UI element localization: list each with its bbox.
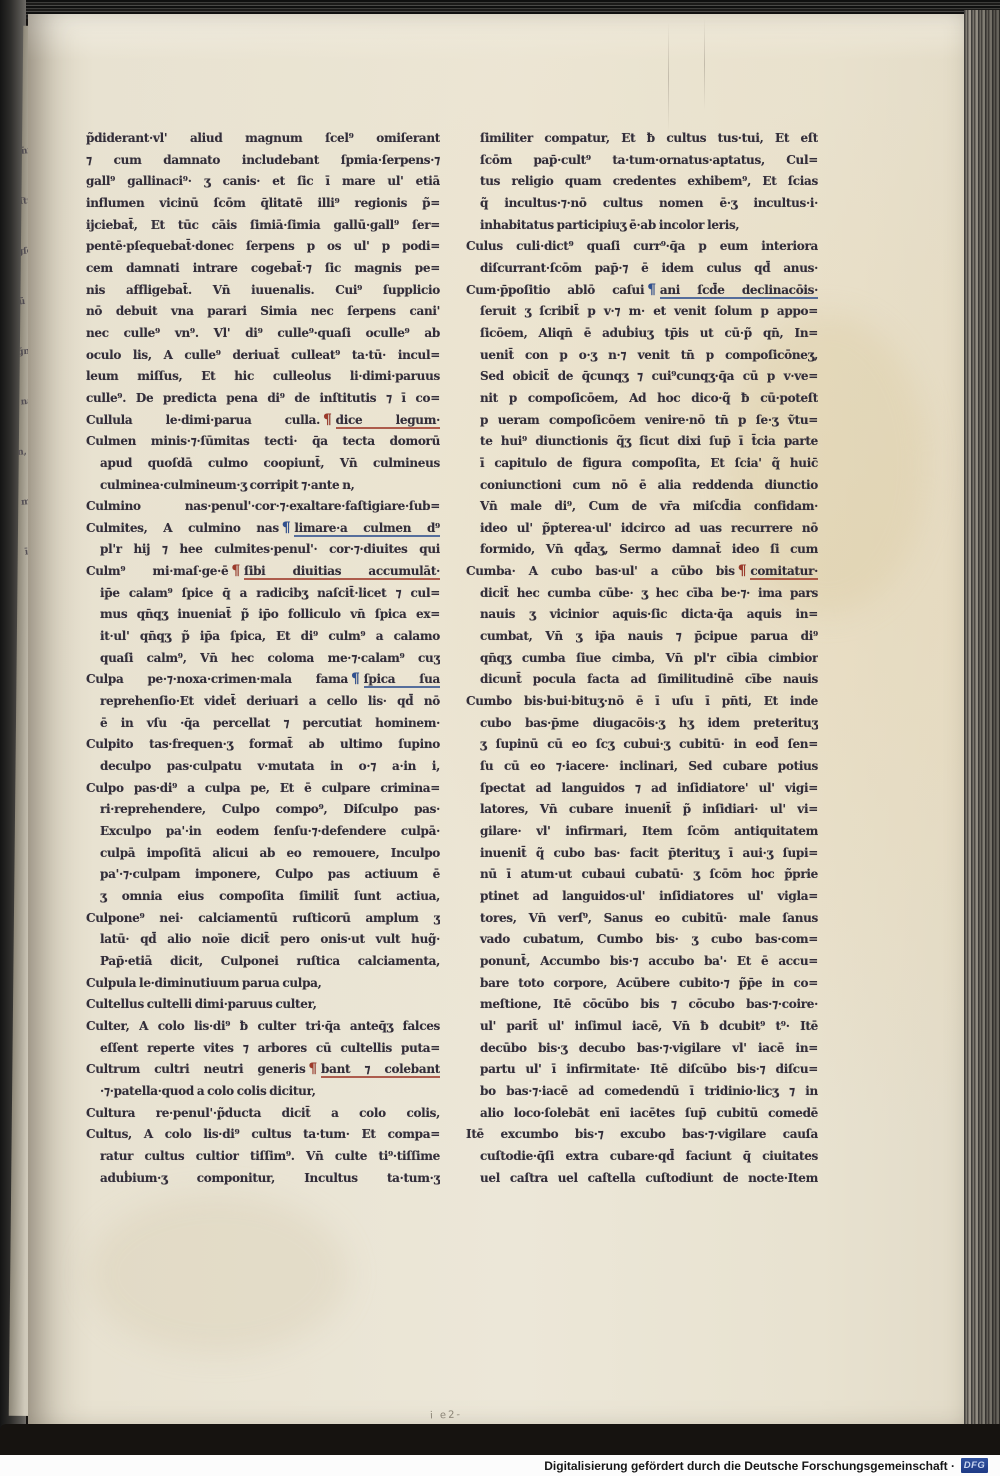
text-line: alio loco·ſolebāt enī iacētes ſup̄ cubit…	[466, 1103, 818, 1125]
text-line: bare toto corpore, Acūbere cubito·⁊ p̃p̄…	[466, 973, 818, 995]
line-text: ʒ omnia eius compoſita ſimilit̄ ſunt act…	[100, 889, 440, 903]
line-text: cem damnati intrare cogebat̄·⁊ ſic magni…	[86, 261, 440, 275]
text-line: influmen vicinū ſcōm q̄litatē illi⁹ regi…	[86, 193, 440, 215]
line-text: Culmino nas·penul'·cor·⁊·exaltare·faſtig…	[86, 499, 440, 513]
line-text: nec culle⁹ vn⁹. Vl' di⁹ culle⁹·quaſi ocu…	[86, 326, 440, 340]
line-text: ſu cū eo ⁊·iacere· inclinari, Sed cubare…	[480, 759, 818, 773]
text-line: ſeruit ʒ ſcribit̄ p v·⁊ m· et venit ſolu…	[466, 301, 818, 323]
line-text: tus religio quam credentes exhibem⁹, Et …	[480, 174, 818, 188]
text-line: latū· qd̄ alio noīe dicit̄ pero onis·ut …	[86, 929, 440, 951]
text-line: ponunt̄, Accumbo bis·⁊ accubo ba'· Et ē …	[466, 951, 818, 973]
text-line: latores, Vn̄ cubare inuenit̄ p̃ inſidiar…	[466, 799, 818, 821]
page-edges-right	[964, 10, 1000, 1426]
line-text: apud quoſdā culmo coopiunt̄, Vn̄ culmine…	[100, 456, 440, 470]
line-text: vado cubatum, Cumbo bis· ʒ cubo bas·com=	[480, 932, 818, 946]
rubric-pilcrow-blue: ¶	[351, 671, 360, 687]
line-text: latū· qd̄ alio noīe dicit̄ pero onis·ut …	[100, 932, 440, 946]
text-line: p̃diderant·vl' aliud magnum ſcel⁹ omiſer…	[86, 128, 440, 150]
text-line: inhabitatus participiuʒ ē·ab incolor ler…	[466, 215, 818, 237]
line-text: Culpone⁹ nei· calciamentū ruſticorū ampl…	[86, 911, 440, 925]
line-text: Cultellus cultelli dimi·paruus culter,	[86, 997, 317, 1011]
text-line: Culpa pe·⁊·noxa·crimen·mala fama¶ſpica ſ…	[86, 669, 440, 691]
text-line: Cultellus cultelli dimi·paruus culter,	[86, 994, 440, 1016]
text-line: nit p compoſicōem, Ad hoc dico·q̃ ƀ cū·p…	[466, 388, 818, 410]
line-text: aduḃium·ʒ componitur, Incultus ta·tum·ʒ	[100, 1171, 440, 1185]
line-text: inuenit̄ q̃ cubo bas· facit p̄terituʒ ī …	[480, 846, 818, 860]
text-line: gilare· vl' infirmari, Item ſcōm antiqui…	[466, 821, 818, 843]
line-text: ſimiliter compatur, Et ƀ cultus tus·tui,…	[480, 131, 818, 145]
text-line: Cumbo bis·bui·bituʒ·nō ē ī uſu ī pn̄ti, …	[466, 691, 818, 713]
text-line: oculo lis, A culle⁹ deriuat̄ culleat⁹ ta…	[86, 345, 440, 367]
text-line: Cultura re·penul'·p̃ducta dicit̄ a colo …	[86, 1103, 440, 1125]
text-line: ʒ ſupinū cū eo ſcʒ cubui·ʒ cubitū· in eo…	[466, 734, 818, 756]
line-text: eſſent reperte vites ⁊ arbores cū cultel…	[100, 1041, 440, 1055]
line-text: Pap̄·etiā dicit, Culponei ruſtica calcia…	[100, 954, 440, 968]
line-text: Culpa pe·⁊·noxa·crimen·mala fama	[86, 672, 348, 686]
line-text: ſcōm pap̄·cult⁹ ta·tum·ornatus·aptatus, …	[480, 153, 818, 167]
line-text: ul' parit̄ ul' inſimul iacē, Vn̄ ƀ dcubi…	[480, 1019, 818, 1033]
text-line: nis affligebat̄. Vn̄ iuuenalis. Cui⁹ ſup…	[86, 280, 440, 302]
parchment-vein	[704, 18, 705, 110]
line-text: ſpectat ad languidos ⁊ ad inſidiatore' u…	[480, 781, 818, 795]
text-line: ī capitulo de figura compoſita, Et ſcia'…	[466, 453, 818, 475]
line-text: Cultrum cultri neutri generis	[86, 1062, 305, 1076]
line-text: ī capitulo de figura compoſita, Et ſcia'…	[480, 456, 818, 470]
text-line: cem damnati intrare cogebat̄·⁊ ſic magni…	[86, 258, 440, 280]
line-text: gall⁹ gallinaci⁹· ʒ canis· et ſic ī mare…	[86, 174, 440, 188]
text-line: Itē excumbo bis·⁊ excubo bas·⁊·vigilare …	[466, 1124, 818, 1146]
text-line: ptinet ad languidos·ul' inſidiatores ul'…	[466, 886, 818, 908]
rubric-pilcrow-blue: ¶	[282, 520, 291, 536]
text-line: ſu cū eo ⁊·iacere· inclinari, Sed cubare…	[466, 756, 818, 778]
text-line: it·ul' qn̄qʒ p̃ ip̄a ſpica, Et di⁹ culm⁹…	[86, 626, 440, 648]
text-line: dicunt̄ pocula facta ad ſimilitudinē cīb…	[466, 669, 818, 691]
text-line: pa'·⁊·culpam imponere, Culpo pas actiuum…	[86, 864, 440, 886]
text-line: dicit̄ hec cumba cūbe· ʒ hec cība be·⁊· …	[466, 583, 818, 605]
text-line: leum miſſus, Et hic culleolus li·dimi·pa…	[86, 366, 440, 388]
rubric-underlined-text: bant ⁊ colebant	[321, 1062, 440, 1078]
line-text: culle⁹. De predicta pena di⁹ de inſtitut…	[86, 391, 440, 405]
line-text: cumbat, Vn̄ ʒ ip̄a nauis ⁊ p̄cipue parua…	[480, 629, 818, 643]
text-line: aduḃium·ʒ componitur, Incultus ta·tum·ʒ	[86, 1168, 440, 1190]
line-text: Culpito tas·frequen·ʒ format̄ ab ultimo …	[86, 737, 440, 751]
line-text: ptinet ad languidos·ul' inſidiatores ul'…	[480, 889, 818, 903]
manuscript-scan: ſco pm̄ſbug̃·ſtup i·gſcū⁹ nū cul'ʒ g̃m q…	[0, 0, 1000, 1476]
text-line: formido, Vn̄ qd̄aʒ, Sermo damnat̄ ideo ſ…	[466, 539, 818, 561]
text-line: ideo ul' p̃pterea·ul' idcirco ad uas rec…	[466, 518, 818, 540]
parchment-vein	[668, 22, 669, 132]
line-text: pa'·⁊·culpam imponere, Culpo pas actiuum…	[100, 867, 440, 881]
line-text: leum miſſus, Et hic culleolus li·dimi·pa…	[86, 369, 440, 383]
text-line: Culpula le·diminutiuum parua culpa,	[86, 973, 440, 995]
text-line: Culm⁹ mi·maſ·ge·ē¶ſibi diuitias accumulā…	[86, 561, 440, 583]
text-line: meſtione, Itē cōcūbo bis ⁊ cōcubo bas·⁊·…	[466, 994, 818, 1016]
rubric-underlined-text: limare·a culmen d⁹	[294, 521, 440, 537]
text-line: ē in vſu ·q̄a percellat ⁊ percutiat homi…	[86, 713, 440, 735]
text-line: cuſtodie·q̄ſi extra cubare·qd̄ faciunt q…	[466, 1146, 818, 1168]
text-line: q̃ incultus·⁊·nō cultus nomen ē·ʒ incult…	[466, 193, 818, 215]
text-line: eſſent reperte vites ⁊ arbores cū cultel…	[86, 1038, 440, 1060]
text-column-right: ſimiliter compatur, Et ƀ cultus tus·tui,…	[466, 128, 818, 1192]
text-line: diſcurrant·ſcōm pap̄·⁊ ē idem culus qd̄ …	[466, 258, 818, 280]
line-text: dicunt̄ pocula facta ad ſimilitudinē cīb…	[480, 672, 818, 686]
line-text: alio loco·ſolebāt enī iacētes ſup̄ cubit…	[480, 1106, 818, 1120]
line-text: ſeruit ʒ ſcribit̄ p v·⁊ m· et venit ſolu…	[480, 304, 818, 318]
line-text: p̃diderant·vl' aliud magnum ſcel⁹ omiſer…	[86, 131, 440, 145]
line-text: tores, Vn̄ verſ⁹, Sanus eo cubitū· male …	[480, 911, 818, 925]
text-line: coniunctioni cum nō ē alia reddenda diun…	[466, 475, 818, 497]
text-line: decūbo bis·ʒ decubo bas·⁊·vigilare vl' i…	[466, 1038, 818, 1060]
line-text: gilare· vl' infirmari, Item ſcōm antiqui…	[480, 824, 818, 838]
text-line: tus religio quam credentes exhibem⁹, Et …	[466, 171, 818, 193]
line-text: ponunt̄, Accumbo bis·⁊ accubo ba'· Et ē …	[480, 954, 818, 968]
line-text: ſicōem, Aliqn̄ ē aduḃiuʒ tp̄is ut cū·p̃ …	[480, 326, 818, 340]
text-line: apud quoſdā culmo coopiunt̄, Vn̄ culmine…	[86, 453, 440, 475]
line-text: inhabitatus participiuʒ ē·ab incolor ler…	[480, 218, 739, 232]
line-text: cuſtodie·q̄ſi extra cubare·qd̄ faciunt q…	[480, 1149, 818, 1163]
digitization-footer: Digitalisierung gefördert durch die Deut…	[0, 1455, 1000, 1476]
text-line: pl'r hij ⁊ hee culmites·penul'· cor·⁊·di…	[86, 539, 440, 561]
text-line: reprehenſio·Et videt̄ deriuari a cello l…	[86, 691, 440, 713]
text-line: Cum·p̄poſitio ablō caſui¶ani ſcd̄e decli…	[466, 280, 818, 302]
line-text: Cultus, A colo lis·di⁹ cultus ta·tum· Et…	[86, 1127, 440, 1141]
text-line: quaſi calm⁹, Vn̄ hec coloma me·⁊·calam⁹ …	[86, 648, 440, 670]
line-text: te hui⁹ diunctionis q̃ʒ ſicut dixi ſup̄ …	[480, 434, 818, 448]
line-text: influmen vicinū ſcōm q̄litatē illi⁹ regi…	[86, 196, 440, 210]
line-text: uenit̄ con p o·ʒ n·⁊ venit tn̄ p compoſi…	[480, 348, 818, 362]
line-text: nauis ʒ vicinior aquis·ſic dicta·q̄a aqu…	[480, 607, 818, 621]
line-text: Cum·p̄poſitio ablō caſui	[466, 283, 644, 297]
text-line: culle⁹. De predicta pena di⁹ de inſtitut…	[86, 388, 440, 410]
text-line: Culpo pas·di⁹ a culpa pe, Et ē culpare c…	[86, 778, 440, 800]
line-text: quaſi calm⁹, Vn̄ hec coloma me·⁊·calam⁹ …	[100, 651, 440, 665]
line-text: ⁊ cum damnato includebant ſpmia·ſerpens·…	[86, 153, 440, 167]
text-line: Cultus, A colo lis·di⁹ cultus ta·tum· Et…	[86, 1124, 440, 1146]
line-text: Culus culi·dict⁹ quaſi curr⁹·q̄a p eum i…	[466, 239, 818, 253]
text-line: nec culle⁹ vn⁹. Vl' di⁹ culle⁹·quaſi ocu…	[86, 323, 440, 345]
line-text: pentē·pſequebat̄·donec ſerpens p os ul' …	[86, 239, 440, 253]
text-line: uenit̄ con p o·ʒ n·⁊ venit tn̄ p compoſi…	[466, 345, 818, 367]
footer-credit: Digitalisierung gefördert durch die Deut…	[544, 1459, 955, 1473]
rubric-underlined-text: comitatur·	[750, 564, 818, 580]
text-line: ſcōm pap̄·cult⁹ ta·tum·ornatus·aptatus, …	[466, 150, 818, 172]
line-text: Exculpo pa'·in eodem ſenſu·⁊·defendere c…	[100, 824, 440, 838]
text-line: ratur cultus cultior tiſſim⁹. Vn̄ culte …	[86, 1146, 440, 1168]
line-text: ijciebat̄, Et tūc cāis ſimiā·ſimia gallū…	[86, 218, 440, 232]
rubric-pilcrow-red: ¶	[323, 412, 332, 428]
line-text: Culmites, A culmino nas	[86, 521, 279, 535]
line-text: q̃ incultus·⁊·nō cultus nomen ē·ʒ incult…	[480, 196, 818, 210]
text-line: Culmino nas·penul'·cor·⁊·exaltare·faſtig…	[86, 496, 440, 518]
line-text: Vn̄ male di⁹, Cum de vr̄a miſcd̄ia confi…	[480, 499, 818, 513]
line-text: ideo ul' p̃pterea·ul' idcirco ad uas rec…	[480, 521, 818, 535]
line-text: cubo bas·p̄me diugacōis·ʒ hʒ idem preter…	[480, 716, 818, 730]
text-line: culminea·culmineum·ʒ corripit ⁊·ante n,	[86, 475, 440, 497]
page-leaf: p̃diderant·vl' aliud magnum ſcel⁹ omiſer…	[28, 14, 966, 1426]
text-line: Vn̄ male di⁹, Cum de vr̄a miſcd̄ia confi…	[466, 496, 818, 518]
line-text: Culpo pas·di⁹ a culpa pe, Et ē culpare c…	[86, 781, 440, 795]
text-column-left: p̃diderant·vl' aliud magnum ſcel⁹ omiſer…	[86, 128, 440, 1192]
dfg-logo: DFG	[961, 1458, 988, 1473]
text-line: ſicōem, Aliqn̄ ē aduḃiuʒ tp̄is ut cū·p̃ …	[466, 323, 818, 345]
text-line: Culmites, A culmino nas¶limare·a culmen …	[86, 518, 440, 540]
line-text: ē in vſu ·q̄a percellat ⁊ percutiat homi…	[100, 716, 440, 730]
line-text: Cullula le·dimi·parua culla.	[86, 413, 320, 427]
rubric-pilcrow-blue: ¶	[647, 282, 656, 298]
text-line: vado cubatum, Cumbo bis· ʒ cubo bas·com=	[466, 929, 818, 951]
line-text: nō debuit vna parari Simia nec ſerpens c…	[86, 304, 440, 318]
text-line: deculpo pas·culpatu v·mutata in o·⁊ a·in…	[86, 756, 440, 778]
line-text: nū ī atum·ut cubaui cubatū· ʒ ſcōm hoc p…	[480, 867, 818, 881]
text-line: ſimiliter compatur, Et ƀ cultus tus·tui,…	[466, 128, 818, 150]
rubric-pilcrow-red: ¶	[738, 563, 747, 579]
text-line: nō debuit vna parari Simia nec ſerpens c…	[86, 301, 440, 323]
line-text: ip̄e calam⁹ ſpice q̄ a radicibʒ naſcit̄·…	[100, 586, 440, 600]
line-text: dicit̄ hec cumba cūbe· ʒ hec cība be·⁊· …	[480, 586, 818, 600]
text-line: cubo bas·p̄me diugacōis·ʒ hʒ idem preter…	[466, 713, 818, 735]
text-line: gall⁹ gallinaci⁹· ʒ canis· et ſic ī mare…	[86, 171, 440, 193]
line-text: Culm⁹ mi·maſ·ge·ē	[86, 564, 228, 578]
line-text: deculpo pas·culpatu v·mutata in o·⁊ a·in…	[100, 759, 440, 773]
line-text: bare toto corpore, Acūbere cubito·⁊ p̃p̄…	[480, 976, 818, 990]
line-text: qn̄qʒ cumba ſiue cimba, Vn̄ pl'r cībia c…	[480, 651, 818, 665]
text-line: tores, Vn̄ verſ⁹, Sanus eo cubitū· male …	[466, 908, 818, 930]
rubric-underlined-text: dice legum·	[336, 413, 440, 429]
text-line: ip̄e calam⁹ ſpice q̄ a radicibʒ naſcit̄·…	[86, 583, 440, 605]
line-text: reprehenſio·Et videt̄ deriuari a cello l…	[100, 694, 440, 708]
line-text: Culmen minis·⁊·ſūmitas tecti· q̄a tecta …	[86, 434, 440, 448]
text-line: Culus culi·dict⁹ quaſi curr⁹·q̄a p eum i…	[466, 236, 818, 258]
text-line: partu ul' ī infirmitate· Itē diſcūbo bis…	[466, 1059, 818, 1081]
line-text: partu ul' ī infirmitate· Itē diſcūbo bis…	[480, 1062, 818, 1076]
line-text: meſtione, Itē cōcūbo bis ⁊ cōcubo bas·⁊·…	[480, 997, 818, 1011]
text-line: ·⁊·patella·quod a colo colis dicitur,	[86, 1081, 440, 1103]
line-text: bo bas·⁊·iacē ad comedendū ī tridinio·li…	[480, 1084, 818, 1098]
line-text: Itē excumbo bis·⁊ excubo bas·⁊·vigilare …	[466, 1127, 818, 1141]
quire-signature: i e2-	[430, 1409, 462, 1421]
text-line: ri·reprehendere, Culpo compo⁹, Diſculpo …	[86, 799, 440, 821]
line-text: ·⁊·patella·quod a colo colis dicitur,	[100, 1084, 316, 1098]
text-line: Culmen minis·⁊·ſūmitas tecti· q̄a tecta …	[86, 431, 440, 453]
text-line: Sed obicit̄ de q̄cunqʒ ⁊ cui⁹cunqʒ·q̄a c…	[466, 366, 818, 388]
line-text: latores, Vn̄ cubare inuenit̄ p̃ inſidiar…	[480, 802, 818, 816]
text-line: cumbat, Vn̄ ʒ ip̄a nauis ⁊ p̄cipue parua…	[466, 626, 818, 648]
text-line: Cultrum cultri neutri generis¶bant ⁊ col…	[86, 1059, 440, 1081]
line-text: nis affligebat̄. Vn̄ iuuenalis. Cui⁹ ſup…	[86, 283, 440, 297]
line-text: Culter, A colo lis·di⁹ ƀ culter tri·q̄a …	[86, 1019, 440, 1033]
line-text: culpā impoſitā alicui ab eo remouere, In…	[100, 846, 440, 860]
text-line: inuenit̄ q̃ cubo bas· facit p̄terituʒ ī …	[466, 843, 818, 865]
rubric-pilcrow-red: ¶	[231, 563, 240, 579]
line-text: mus qn̄qʒ inueniat̄ p̃ ip̄o folliculo vn…	[100, 607, 440, 621]
parchment-stain	[88, 1194, 348, 1354]
line-text: it·ul' qn̄qʒ p̃ ip̄a ſpica, Et di⁹ culm⁹…	[100, 629, 440, 643]
line-text: ʒ ſupinū cū eo ſcʒ cubui·ʒ cubitū· in eo…	[480, 737, 818, 751]
line-text: Culpula le·diminutiuum parua culpa,	[86, 976, 322, 990]
text-line: te hui⁹ diunctionis q̃ʒ ſicut dixi ſup̄ …	[466, 431, 818, 453]
text-line: Cumba· A cubo bas·ul' a cūbo bis¶comitat…	[466, 561, 818, 583]
line-text: Cumba· A cubo bas·ul' a cūbo bis	[466, 564, 735, 578]
text-line: uel caſtra uel caſtella cuſtodiunt de no…	[466, 1168, 818, 1190]
line-text: p ueram compoſicōem venire·nō tn̄ p ſe·ʒ…	[480, 413, 818, 427]
line-text: coniunctioni cum nō ē alia reddenda diun…	[480, 478, 818, 492]
text-line: pentē·pſequebat̄·donec ſerpens p os ul' …	[86, 236, 440, 258]
text-line: Pap̄·etiā dicit, Culponei ruſtica calcia…	[86, 951, 440, 973]
text-line: Exculpo pa'·in eodem ſenſu·⁊·defendere c…	[86, 821, 440, 843]
line-text: formido, Vn̄ qd̄aʒ, Sermo damnat̄ ideo ſ…	[480, 542, 818, 556]
line-text: Cumbo bis·bui·bituʒ·nō ē ī uſu ī pn̄ti, …	[466, 694, 818, 708]
line-text: oculo lis, A culle⁹ deriuat̄ culleat⁹ ta…	[86, 348, 440, 362]
text-line: p ueram compoſicōem venire·nō tn̄ p ſe·ʒ…	[466, 410, 818, 432]
text-line: ul' parit̄ ul' inſimul iacē, Vn̄ ƀ dcubi…	[466, 1016, 818, 1038]
line-text: Cultura re·penul'·p̃ducta dicit̄ a colo …	[86, 1106, 440, 1120]
text-line: nauis ʒ vicinior aquis·ſic dicta·q̄a aqu…	[466, 604, 818, 626]
text-line: Culpone⁹ nei· calciamentū ruſticorū ampl…	[86, 908, 440, 930]
line-text: ratur cultus cultior tiſſim⁹. Vn̄ culte …	[100, 1149, 440, 1163]
line-text: diſcurrant·ſcōm pap̄·⁊ ē idem culus qd̄ …	[480, 261, 818, 275]
text-line: mus qn̄qʒ inueniat̄ p̃ ip̄o folliculo vn…	[86, 604, 440, 626]
text-line: ijciebat̄, Et tūc cāis ſimiā·ſimia gallū…	[86, 215, 440, 237]
scan-background-bottom	[0, 1424, 1000, 1455]
rubric-underlined-text: ſibi diuitias accumulāt·	[244, 564, 440, 580]
rubric-pilcrow-red: ¶	[308, 1061, 317, 1077]
text-line: Cullula le·dimi·parua culla.¶dice legum·	[86, 410, 440, 432]
text-line: ⁊ cum damnato includebant ſpmia·ſerpens·…	[86, 150, 440, 172]
line-text: decūbo bis·ʒ decubo bas·⁊·vigilare vl' i…	[480, 1041, 818, 1055]
line-text: uel caſtra uel caſtella cuſtodiunt de no…	[480, 1171, 818, 1185]
line-text: culminea·culmineum·ʒ corripit ⁊·ante n,	[100, 478, 355, 492]
text-line: qn̄qʒ cumba ſiue cimba, Vn̄ pl'r cībia c…	[466, 648, 818, 670]
line-text: nit p compoſicōem, Ad hoc dico·q̃ ƀ cū·p…	[480, 391, 818, 405]
text-line: nū ī atum·ut cubaui cubatū· ʒ ſcōm hoc p…	[466, 864, 818, 886]
text-line: Culpito tas·frequen·ʒ format̄ ab ultimo …	[86, 734, 440, 756]
text-line: bo bas·⁊·iacē ad comedendū ī tridinio·li…	[466, 1081, 818, 1103]
rubric-underlined-text: ani ſcd̄e declinacōis·	[660, 283, 818, 299]
text-line: culpā impoſitā alicui ab eo remouere, In…	[86, 843, 440, 865]
text-line: ſpectat ad languidos ⁊ ad inſidiatore' u…	[466, 778, 818, 800]
line-text: Sed obicit̄ de q̄cunqʒ ⁊ cui⁹cunqʒ·q̄a c…	[480, 369, 818, 383]
line-text: pl'r hij ⁊ hee culmites·penul'· cor·⁊·di…	[100, 542, 440, 556]
line-text: ri·reprehendere, Culpo compo⁹, Diſculpo …	[100, 802, 440, 816]
text-line: ʒ omnia eius compoſita ſimilit̄ ſunt act…	[86, 886, 440, 908]
text-line: Culter, A colo lis·di⁹ ƀ culter tri·q̄a …	[86, 1016, 440, 1038]
rubric-underlined-text: ſpica ſua	[364, 672, 440, 688]
